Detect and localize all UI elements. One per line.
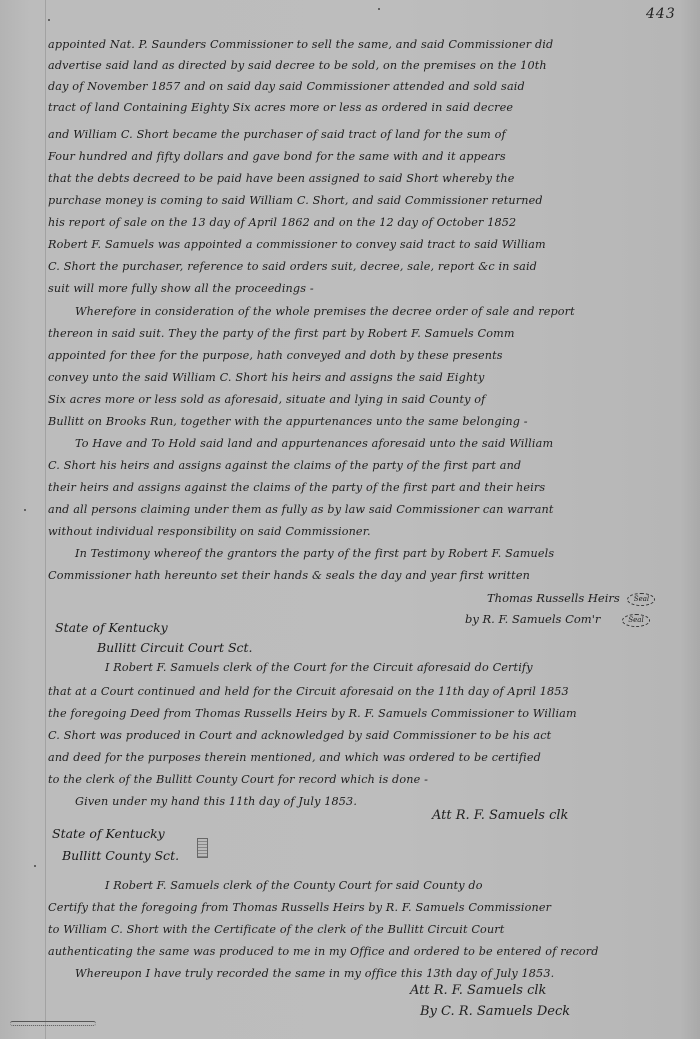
text-line: tract of land Containing Eighty Six acre… [48, 101, 513, 114]
ink-spot [34, 865, 36, 867]
text-line: Bullitt on Brooks Run, together with the… [48, 415, 528, 428]
margin-rule [45, 0, 46, 1039]
text-line: Certify that the foregoing from Thomas R… [48, 901, 551, 914]
text-line: without individual responsibility on sai… [48, 525, 371, 538]
text-line: convey unto the said William C. Short hi… [48, 371, 484, 384]
cert1-state-heading: State of Kentucky [55, 620, 168, 635]
text-line: thereon in said suit. They the party of … [48, 327, 515, 340]
text-line: the foregoing Deed from Thomas Russells … [48, 707, 577, 720]
text-line: appointed Nat. P. Saunders Commissioner … [48, 38, 553, 51]
text-line: suit will more fully show all the procee… [48, 282, 314, 295]
text-line: that the debts decreed to be paid have b… [48, 172, 515, 185]
cert2-state-heading: State of Kentucky [52, 826, 165, 841]
text-line: their heirs and assigns against the clai… [48, 481, 545, 494]
text-line: C. Short the purchaser, reference to sai… [48, 260, 537, 273]
text-line: purchase money is coming to said William… [48, 194, 543, 207]
text-line: that at a Court continued and held for t… [48, 685, 569, 698]
text-line: In Testimony whereof the grantors the pa… [75, 547, 554, 560]
text-line: authenticating the same was produced to … [48, 945, 599, 958]
text-line: to William C. Short with the Certificate… [48, 923, 504, 936]
text-line: To Have and To Hold said land and appurt… [75, 437, 553, 450]
text-line: appointed for thee for the purpose, hath… [48, 349, 503, 362]
text-line: I Robert F. Samuels clerk of the Court f… [105, 661, 533, 674]
text-line: I Robert F. Samuels clerk of the County … [105, 879, 483, 892]
text-line: C. Short his heirs and assigns against t… [48, 459, 521, 472]
text-line: Four hundred and fifty dollars and gave … [48, 150, 506, 163]
text-line: and William C. Short became the purchase… [48, 128, 506, 141]
text-line: Commissioner hath hereunto set their han… [48, 569, 530, 582]
ink-spot [48, 19, 50, 21]
text-line: day of November 1857 and on said day sai… [48, 80, 525, 93]
text-line: his report of sale on the 13 day of Apri… [48, 216, 516, 229]
text-line: Wherefore in consideration of the whole … [75, 305, 575, 318]
document-page: 443 appointed Nat. P. Saunders Commissio… [0, 0, 700, 1039]
cert2-court-heading: Bullitt County Sct. [62, 848, 179, 863]
ink-spot [24, 509, 26, 511]
page-number: 443 [646, 6, 676, 22]
text-line: Six acres more or less sold as aforesaid… [48, 393, 485, 406]
text-line: Whereupon I have truly recorded the same… [75, 967, 554, 980]
cert2-deputy-signature: By C. R. Samuels Deck [420, 1004, 570, 1019]
text-line: and all persons claiming under them as f… [48, 503, 554, 516]
text-line: and deed for the purposes therein mentio… [48, 751, 541, 764]
cert1-court-heading: Bullitt Circuit Court Sct. [97, 640, 253, 655]
text-line: C. Short was produced in Court and ackno… [48, 729, 551, 742]
signature-line-heirs: Thomas Russells Heirs Seal [487, 591, 655, 606]
text-line: advertise said land as directed by said … [48, 59, 547, 72]
ink-spot [378, 8, 380, 10]
scroll-bracket-icon [197, 838, 208, 858]
cert1-attest-signature: Att R. F. Samuels clk [432, 808, 568, 823]
text-line: to the clerk of the Bullitt County Court… [48, 773, 428, 786]
seal-icon: Seal [627, 593, 655, 606]
signature-heirs: Thomas Russells Heirs [487, 591, 620, 605]
signature-commissioner: by R. F. Samuels Com'r [465, 612, 600, 626]
text-line: Given under my hand this 11th day of Jul… [75, 795, 357, 808]
seal-icon: Seal [622, 614, 650, 627]
flourish-mark [10, 1021, 96, 1026]
signature-line-commissioner: by R. F. Samuels Com'r Seal [465, 612, 650, 627]
text-line: Robert F. Samuels was appointed a commis… [48, 238, 546, 251]
cert2-attest-signature: Att R. F. Samuels clk [410, 983, 546, 998]
